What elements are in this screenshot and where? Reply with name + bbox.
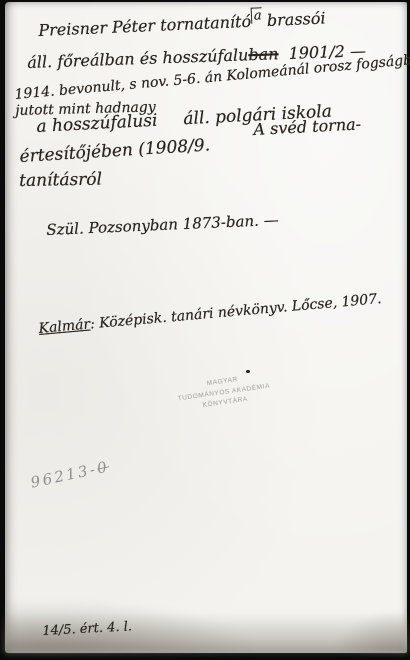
bottom-ink-note: 14/5. ért. 4. l. bbox=[42, 619, 132, 639]
inserted-word: a bbox=[250, 7, 261, 23]
library-stamp: MAGYAR TUDOMÁNYOS AKADÉMIA KÖNYVTÁRA bbox=[163, 369, 284, 417]
word-gap bbox=[158, 124, 184, 125]
struck-word: ban bbox=[248, 44, 279, 64]
note-line-1-end: brassói bbox=[267, 8, 326, 30]
note-line-1: Preisner Péter tornatanítóa brassói bbox=[38, 8, 326, 40]
reference-line: Kalmár: Középisk. tanári névkönyv. Lőcse… bbox=[38, 291, 382, 337]
pencil-number-main: 96213- bbox=[29, 460, 99, 492]
scanned-document-frame: Preisner Péter tornatanítóa brassói áll.… bbox=[0, 0, 410, 660]
note-line-7: tanításról bbox=[19, 170, 102, 191]
reference-author-underlined: Kalmár bbox=[38, 317, 91, 337]
note-line-1-text: Preisner Péter tornatanító bbox=[38, 12, 252, 40]
pencil-shelf-number: 96213-0 bbox=[29, 457, 111, 491]
note-line-6: értesítőjében (1908/9. bbox=[19, 135, 211, 167]
reference-rest: : Középisk. tanári névkönyv. Lőcse, 1907… bbox=[89, 291, 382, 332]
birth-line: Szül. Pozsonyban 1873-ban. — bbox=[46, 211, 279, 239]
catalog-card: Preisner Péter tornatanítóa brassói áll.… bbox=[5, 2, 407, 653]
pencil-number-struck: 0 bbox=[95, 457, 111, 477]
note-line-2-text: áll. főreálban és hosszúfalu bbox=[27, 45, 249, 72]
bottom-right-smudge bbox=[337, 613, 407, 653]
